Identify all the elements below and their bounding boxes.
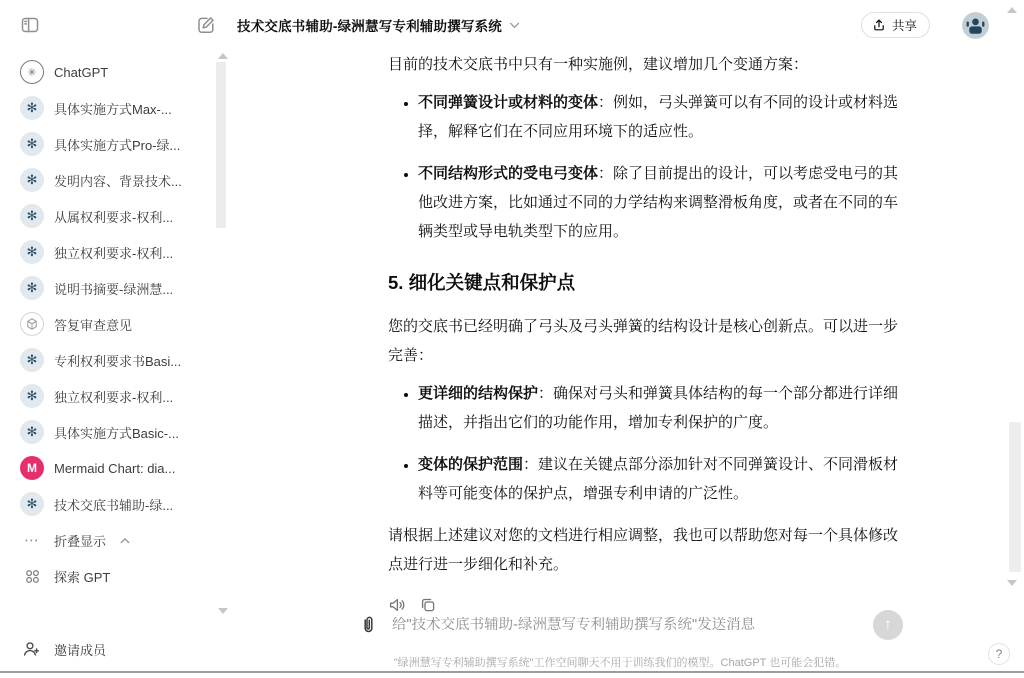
window-bottom-divider	[0, 671, 1024, 673]
bullet-term: 更详细的结构保护	[418, 385, 538, 402]
suggestion-list: 更详细的结构保护：确保对弓头和弹簧具体结构的每一个部分都进行详细描述，并指出它们…	[388, 379, 906, 508]
sidebar-collapse-button[interactable]: ⋯ 折叠显示	[0, 522, 214, 558]
sidebar-item-mermaid[interactable]: M Mermaid Chart: dia...	[0, 450, 214, 486]
chatgpt-logo-icon: ✳	[20, 60, 44, 84]
new-chat-icon[interactable]	[196, 15, 216, 35]
gpt-avatar-icon: ✻	[20, 384, 44, 408]
invite-members-button[interactable]: 邀请成员	[0, 630, 214, 668]
conversation-title-menu[interactable]: 技术交底书辅助-绿洲慧写专利辅助撰写系统	[237, 0, 520, 50]
message-closing: 请根据上述建议对您的文档进行相应调整，我也可以帮助您对每一个具体修改点进行进一步…	[388, 521, 906, 579]
sidebar-item-gpt[interactable]: ✻ 说明书摘要-绿洲慧...	[0, 270, 214, 306]
sidebar-item-label: 发明内容、背景技术...	[54, 171, 182, 190]
upload-icon	[872, 18, 886, 32]
bullet-term: 不同弹簧设计或材料的变体	[418, 94, 598, 111]
gpt-avatar-icon: ✻	[20, 96, 44, 120]
composer: ↑	[358, 608, 905, 642]
message-paragraph: 您的交底书已经明确了弓头及弓头弹簧的结构设计是核心创新点。可以进一步完善：	[388, 312, 906, 370]
sidebar-item-gpt[interactable]: ✻ 具体实施方式Pro-绿...	[0, 126, 214, 162]
section-heading: 5. 细化关键点和保护点	[388, 271, 906, 295]
sidebar-item-project[interactable]: 答复审查意见	[0, 306, 214, 342]
main-scroll-up-arrow[interactable]	[1007, 7, 1017, 13]
gpt-avatar-icon: ✻	[20, 240, 44, 264]
explore-gpts-label: 探索 GPT	[54, 567, 110, 586]
page-title: 技术交底书辅助-绿洲慧写专利辅助撰写系统	[237, 15, 502, 35]
sidebar-item-explore-gpts[interactable]: 探索 GPT	[0, 558, 214, 594]
sidebar-item-gpt[interactable]: ✻ 具体实施方式Basic-...	[0, 414, 214, 450]
gpt-avatar-icon: ✻	[20, 204, 44, 228]
grid-icon	[20, 568, 44, 585]
gpt-avatar-icon: ✻	[20, 276, 44, 300]
sidebar-item-label: 专利权利要求书Basi...	[54, 351, 181, 370]
sidebar-item-label: 说明书摘要-绿洲慧...	[54, 279, 173, 298]
sidebar-item-label: 具体实施方式Pro-绿...	[54, 135, 180, 154]
collapse-label: 折叠显示	[54, 531, 106, 550]
ellipsis-icon: ⋯	[20, 531, 44, 549]
list-item: 变体的保护范围：建议在关键点部分添加针对不同弹簧设计、不同滑板材料等可能变体的保…	[418, 450, 906, 508]
sidebar-item-chatgpt[interactable]: ✳ ChatGPT	[0, 54, 214, 90]
share-button[interactable]: 共享	[861, 12, 930, 38]
sidebar-item-gpt[interactable]: ✻ 从属权利要求-权利...	[0, 198, 214, 234]
invite-members-label: 邀请成员	[54, 640, 106, 659]
sidebar-scroll-up-arrow[interactable]	[218, 53, 228, 59]
sidebar-item-gpt[interactable]: ✻ 独立权利要求-权利...	[0, 234, 214, 270]
person-plus-icon	[18, 636, 44, 662]
bullet-term: 变体的保护范围	[418, 456, 523, 473]
sidebar-item-label: 独立权利要求-权利...	[54, 243, 173, 262]
assistant-message: 目前的技术交底书中只有一种实施例，建议增加几个变通方案： 不同弹簧设计或材料的变…	[388, 50, 906, 614]
sidebar-item-gpt[interactable]: ✻ 独立权利要求-权利...	[0, 378, 214, 414]
gpt-avatar-icon: ✻	[20, 420, 44, 444]
sidebar-item-label: 具体实施方式Max-...	[54, 99, 172, 118]
sidebar-scroll-down-arrow[interactable]	[218, 608, 228, 614]
sidebar-item-gpt[interactable]: ✻ 具体实施方式Max-...	[0, 90, 214, 126]
gpt-avatar-icon: ✻	[20, 348, 44, 372]
chatgpt-app: { "header": { "title": "技术交底书辅助-绿洲慧写专利辅助…	[0, 0, 1024, 678]
list-item: 不同弹簧设计或材料的变体：例如，弓头弹簧可以有不同的设计或材料选择，解释它们在不…	[418, 88, 906, 146]
header: 技术交底书辅助-绿洲慧写专利辅助撰写系统 共享	[0, 0, 1010, 50]
message-intro: 目前的技术交底书中只有一种实施例，建议增加几个变通方案：	[388, 50, 906, 79]
main-scrollbar-thumb[interactable]	[1009, 422, 1021, 572]
list-item: 不同结构形式的受电弓变体：除了目前提出的设计，可以考虑受电弓的其他改进方案，比如…	[418, 159, 906, 246]
gpt-avatar-icon: ✻	[20, 492, 44, 516]
sidebar-item-label: 独立权利要求-权利...	[54, 387, 173, 406]
bullet-term: 不同结构形式的受电弓变体	[418, 165, 598, 182]
sidebar-item-label: ChatGPT	[54, 65, 108, 80]
sidebar-item-gpt[interactable]: ✻ 专利权利要求书Basi...	[0, 342, 214, 378]
share-label: 共享	[892, 16, 917, 34]
sidebar-item-label: 具体实施方式Basic-...	[54, 423, 179, 442]
disclaimer-text: "绿洲慧写专利辅助撰写系统"工作空间聊天不用于训练我们的模型。ChatGPT 也…	[230, 654, 1010, 670]
main-scroll-down-arrow[interactable]	[1007, 580, 1017, 586]
list-item: 更详细的结构保护：确保对弓头和弹簧具体结构的每一个部分都进行详细描述，并指出它们…	[418, 379, 906, 437]
attachment-paperclip-icon[interactable]	[358, 615, 378, 635]
chevron-down-icon	[509, 22, 520, 29]
sidebar-item-label: 答复审查意见	[54, 315, 132, 334]
cube-icon	[20, 312, 44, 336]
sidebar-item-gpt[interactable]: ✻ 发明内容、背景技术...	[0, 162, 214, 198]
sidebar-list: ✳ ChatGPT ✻ 具体实施方式Max-... ✻ 具体实施方式Pro-绿.…	[0, 50, 214, 594]
sidebar-item-gpt[interactable]: ✻ 技术交底书辅助-绿...	[0, 486, 214, 522]
message-input[interactable]	[392, 617, 905, 633]
sidebar-item-label: 从属权利要求-权利...	[54, 207, 173, 226]
gpt-avatar-icon: ✻	[20, 132, 44, 156]
sidebar: ✳ ChatGPT ✻ 具体实施方式Max-... ✻ 具体实施方式Pro-绿.…	[0, 50, 214, 678]
chevron-up-icon	[120, 537, 130, 544]
sidebar-item-label: 技术交底书辅助-绿...	[54, 495, 173, 514]
sidebar-item-label: Mermaid Chart: dia...	[54, 461, 175, 476]
gpt-avatar-icon: ✻	[20, 168, 44, 192]
mermaid-logo-icon: M	[20, 456, 44, 480]
send-button[interactable]: ↑	[873, 610, 903, 640]
sidebar-toggle-icon[interactable]	[20, 15, 40, 35]
sidebar-scrollbar-thumb[interactable]	[216, 62, 226, 228]
suggestion-list: 不同弹簧设计或材料的变体：例如，弓头弹簧可以有不同的设计或材料选择，解释它们在不…	[388, 88, 906, 246]
help-button[interactable]: ?	[988, 643, 1010, 665]
workspace-avatar[interactable]	[962, 12, 989, 39]
